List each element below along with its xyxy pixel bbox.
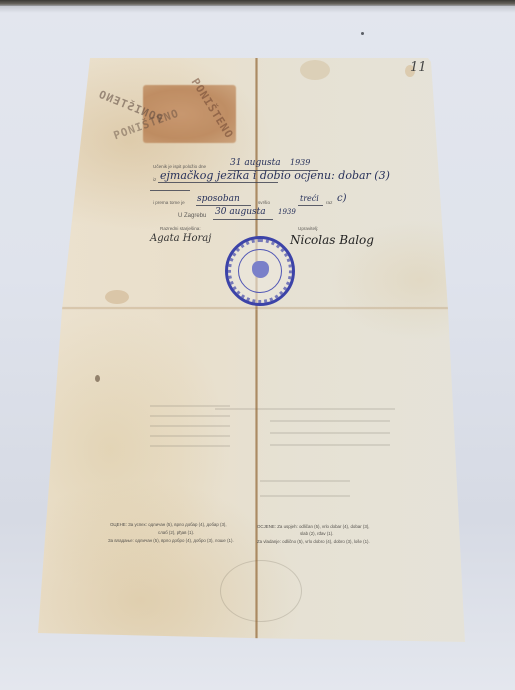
vertical-fold — [255, 58, 258, 640]
principal-label: Upravitelj: — [298, 226, 318, 231]
page-number: 11 — [410, 60, 427, 75]
surface-speck — [361, 32, 364, 35]
printed-label: svršio — [258, 200, 270, 205]
class-teacher-label: Razredni starješina: — [160, 226, 201, 231]
handwritten-year: 1939 — [278, 208, 296, 216]
handwritten-date: 30 augusta — [215, 207, 266, 217]
printed-label: raz — [326, 200, 332, 205]
handwritten-subject-grade: ejmačkog jezika i dobio ocjenu: dobar (3… — [160, 169, 390, 182]
printed-label: iz — [153, 177, 156, 182]
handwritten-year: 1939 — [290, 158, 310, 167]
footer-note-cyrillic: ОЦЕНЕ: За успех: одличан (5), врло добар… — [110, 522, 227, 527]
faint-seal-imprint — [220, 560, 302, 622]
footer-note-latin: OCJENE: Za uspjeh: odličan (5), vrlo dob… — [257, 524, 370, 529]
handwritten-section: c) — [337, 193, 347, 204]
handwritten-date: 31 augusta — [230, 158, 281, 168]
horizontal-fold — [62, 306, 448, 310]
printed-place: U Zagrebu — [178, 213, 206, 219]
footer-note-cyrillic: слаб (2), рђав (1). — [158, 530, 194, 535]
footer-note-cyrillic: За владање: одличан (5), врло добро (4),… — [108, 538, 234, 543]
table-edge — [0, 0, 515, 6]
official-seal — [225, 236, 295, 306]
class-teacher-signature: Agata Horaj — [150, 233, 211, 244]
coat-of-arms-icon — [252, 261, 269, 278]
handwritten-class: treći — [300, 194, 319, 203]
principal-signature: Nicolas Balog — [290, 233, 374, 247]
handwritten-status: sposoban — [197, 194, 240, 204]
footer-note-latin: Za vladanje: odlično (5), vrlo dobro (4)… — [257, 539, 370, 544]
printed-label: i prema tome je — [153, 200, 185, 205]
footer-note-latin: slab (2), rđav (1). — [300, 531, 333, 536]
